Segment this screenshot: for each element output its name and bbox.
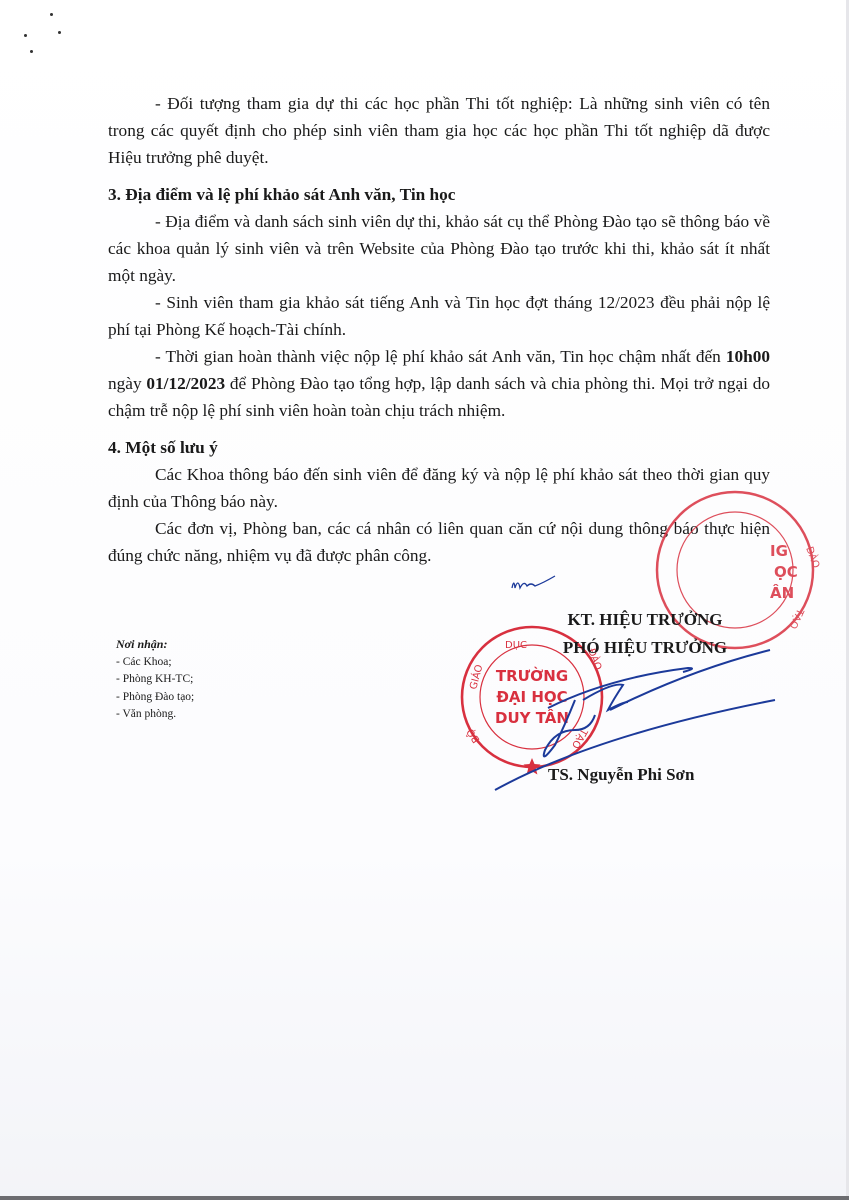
scan-specks	[20, 8, 70, 58]
section-4-units-paragraph: Các đơn vị, Phòng ban, các cá nhân có li…	[108, 515, 770, 569]
document-page: - Đối tượng tham gia dự thi các học phần…	[0, 0, 849, 1200]
svg-text:GIÁO: GIÁO	[466, 663, 485, 691]
section-3-fee-paragraph: - Sinh viên tham gia khảo sát tiếng Anh …	[108, 289, 770, 343]
recipients-title: Nơi nhận:	[116, 636, 194, 654]
recipient-item: - Phòng KH-TC;	[116, 671, 194, 689]
recipient-item: - Văn phòng.	[116, 706, 194, 724]
svg-text:ỌC: ỌC	[774, 563, 798, 581]
deadline-prefix: - Thời gian hoàn thành việc nộp lệ phí k…	[155, 347, 726, 366]
svg-text:DUY TÂN: DUY TÂN	[495, 708, 569, 727]
svg-text:IG: IG	[770, 542, 788, 560]
signature-block: KT. HIỆU TRƯỞNG PHÓ HIỆU TRƯỞNG	[520, 606, 770, 662]
scan-edge-bottom	[0, 1196, 849, 1200]
svg-text:BỘ: BỘ	[463, 726, 482, 746]
section-3-location-paragraph: - Địa điểm và danh sách sinh viên dự thi…	[108, 208, 770, 289]
recipients-block: Nơi nhận: - Các Khoa; - Phòng KH-TC; - P…	[116, 636, 194, 724]
svg-text:TẠO: TẠO	[786, 606, 805, 631]
signer-name: TS. Nguyễn Phi Sơn	[548, 765, 694, 785]
recipient-item: - Phòng Đào tạo;	[116, 689, 194, 707]
deadline-time: 10h00	[726, 347, 770, 366]
svg-text:TẠO: TẠO	[569, 726, 590, 751]
initials-mark	[512, 576, 555, 588]
svg-text:TRƯỜNG: TRƯỜNG	[496, 666, 568, 685]
svg-text:ĐÀO: ĐÀO	[803, 545, 823, 570]
signature-title-line1: KT. HIỆU TRƯỞNG	[520, 606, 770, 634]
participants-paragraph: - Đối tượng tham gia dự thi các học phần…	[108, 90, 770, 171]
section-3-heading: 3. Địa điểm và lệ phí khảo sát Anh văn, …	[108, 181, 770, 208]
deadline-date: 01/12/2023	[146, 374, 225, 393]
signature-title-line2: PHÓ HIỆU TRƯỞNG	[520, 634, 770, 662]
section-4-faculties-paragraph: Các Khoa thông báo đến sinh viên để đăng…	[108, 461, 770, 515]
section-3-deadline-paragraph: - Thời gian hoàn thành việc nộp lệ phí k…	[108, 343, 770, 424]
recipient-item: - Các Khoa;	[116, 654, 194, 672]
section-4-heading: 4. Một số lưu ý	[108, 434, 770, 461]
svg-text:ÂN: ÂN	[770, 583, 794, 602]
document-body: - Đối tượng tham gia dự thi các học phần…	[108, 90, 770, 569]
svg-text:ĐẠI HỌC: ĐẠI HỌC	[496, 688, 567, 706]
deadline-mid: ngày	[108, 374, 146, 393]
